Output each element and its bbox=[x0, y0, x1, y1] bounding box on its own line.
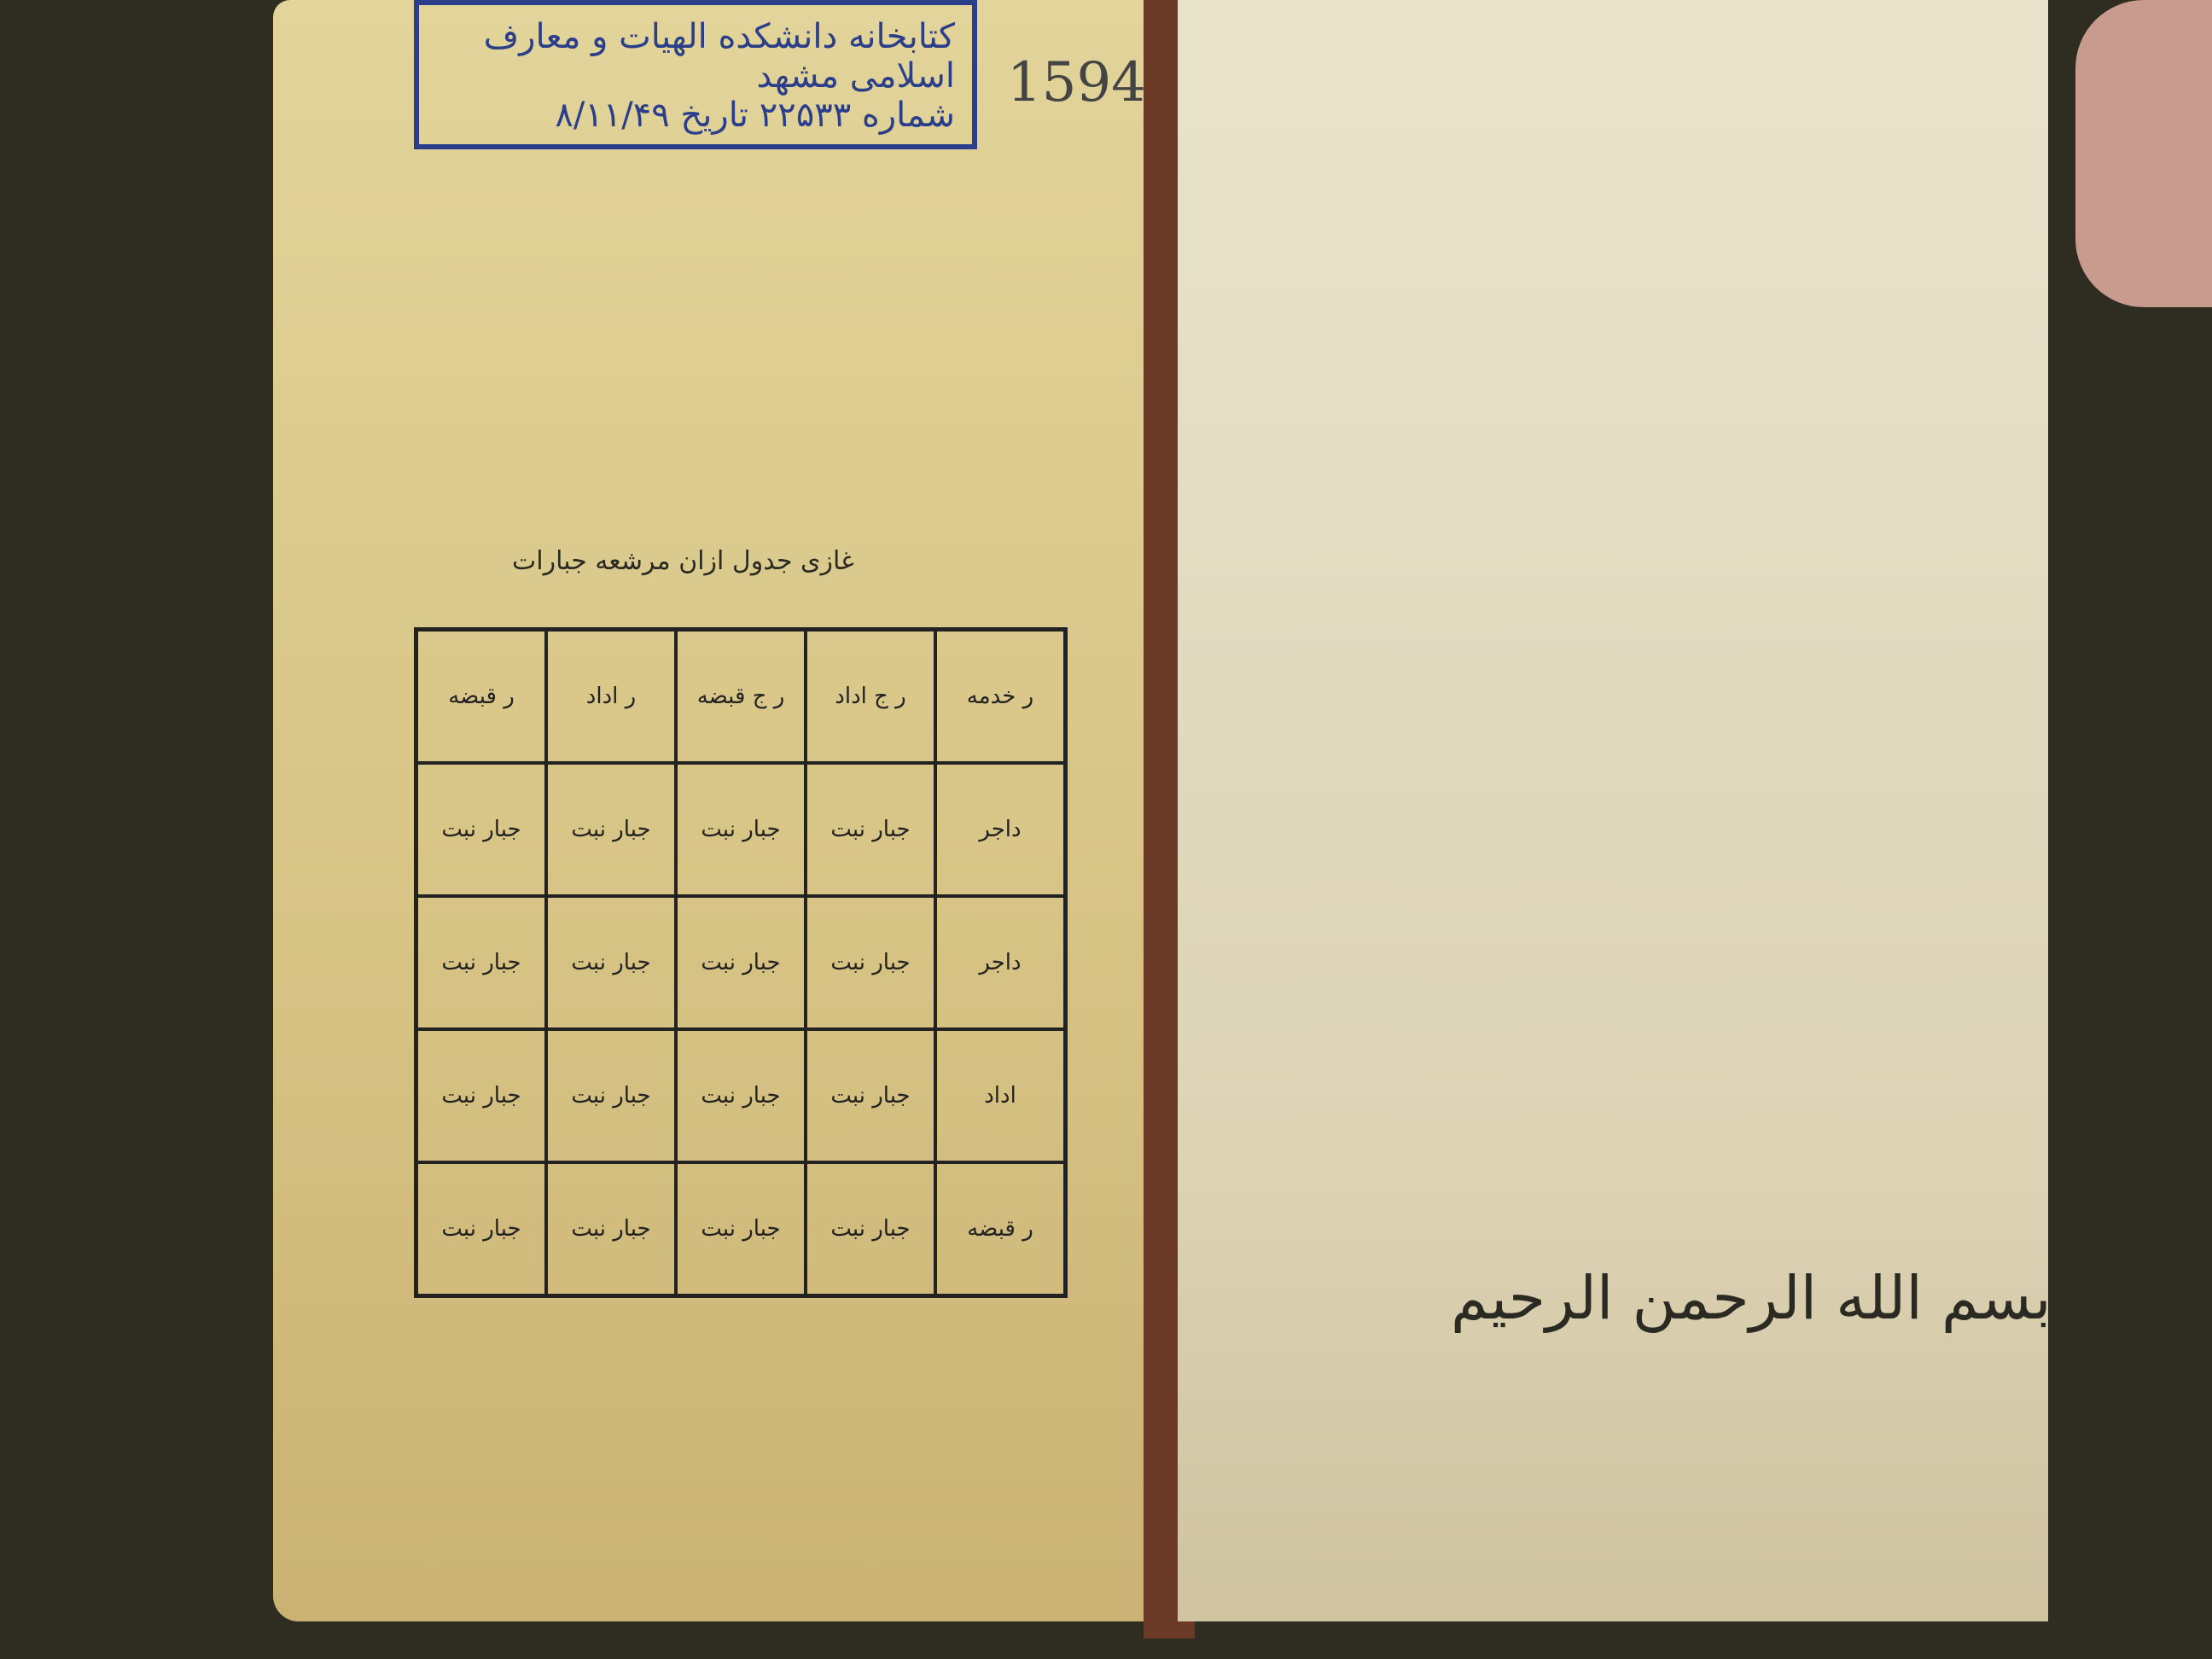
table-cell: جبار نبت bbox=[416, 1029, 546, 1162]
table-cell: جبار نبت bbox=[546, 763, 676, 896]
jadval-table: ر قبضهر ادادر ج قبضهر ج ادادر خدمهجبار ن… bbox=[414, 627, 1068, 1298]
table-cell: جبار نبت bbox=[416, 896, 546, 1029]
table-cell: جبار نبت bbox=[676, 1162, 806, 1295]
table-cell: جبار نبت bbox=[416, 1162, 546, 1295]
table-cell: جبار نبت bbox=[546, 1029, 676, 1162]
table-cell: داجر bbox=[935, 763, 1065, 896]
table-heading: غازی جدول ازان مرشعه جبارات bbox=[512, 546, 854, 576]
table-cell: ر قبضه bbox=[935, 1162, 1065, 1295]
table-cell: جبار نبت bbox=[806, 1029, 935, 1162]
table-cell: جبار نبت bbox=[676, 763, 806, 896]
table-cell: ر ج قبضه bbox=[676, 630, 806, 763]
table-cell: داجر bbox=[935, 896, 1065, 1029]
table-cell: جبار نبت bbox=[546, 896, 676, 1029]
table-cell: جبار نبت bbox=[806, 763, 935, 896]
table-cell: جبار نبت bbox=[416, 763, 546, 896]
table-cell: ر ج اداد bbox=[806, 630, 935, 763]
stamp-line-2: شماره ۲۲۵۳۳ تاریخ ۸/۱۱/۴۹ bbox=[436, 96, 955, 135]
hand bbox=[2075, 0, 2212, 307]
table-cell: ر خدمه bbox=[935, 630, 1065, 763]
table-cell: جبار نبت bbox=[546, 1162, 676, 1295]
table-cell: جبار نبت bbox=[676, 896, 806, 1029]
table-cell: ر اداد bbox=[546, 630, 676, 763]
table-cell: جبار نبت bbox=[806, 896, 935, 1029]
table-cell: اداد bbox=[935, 1029, 1065, 1162]
table-cell: جبار نبت bbox=[806, 1162, 935, 1295]
calligraphy: بسم الله الرحمن الرحیم bbox=[1451, 1263, 2052, 1333]
library-stamp: کتابخانه دانشکده الهیات و معارف اسلامی م… bbox=[414, 0, 977, 149]
table-cell: جبار نبت bbox=[676, 1029, 806, 1162]
shelf-number: 1594 bbox=[1007, 51, 1146, 114]
table-cell: ر قبضه bbox=[416, 630, 546, 763]
stamp-line-1: کتابخانه دانشکده الهیات و معارف اسلامی م… bbox=[436, 17, 955, 96]
right-page bbox=[1178, 0, 2048, 1621]
